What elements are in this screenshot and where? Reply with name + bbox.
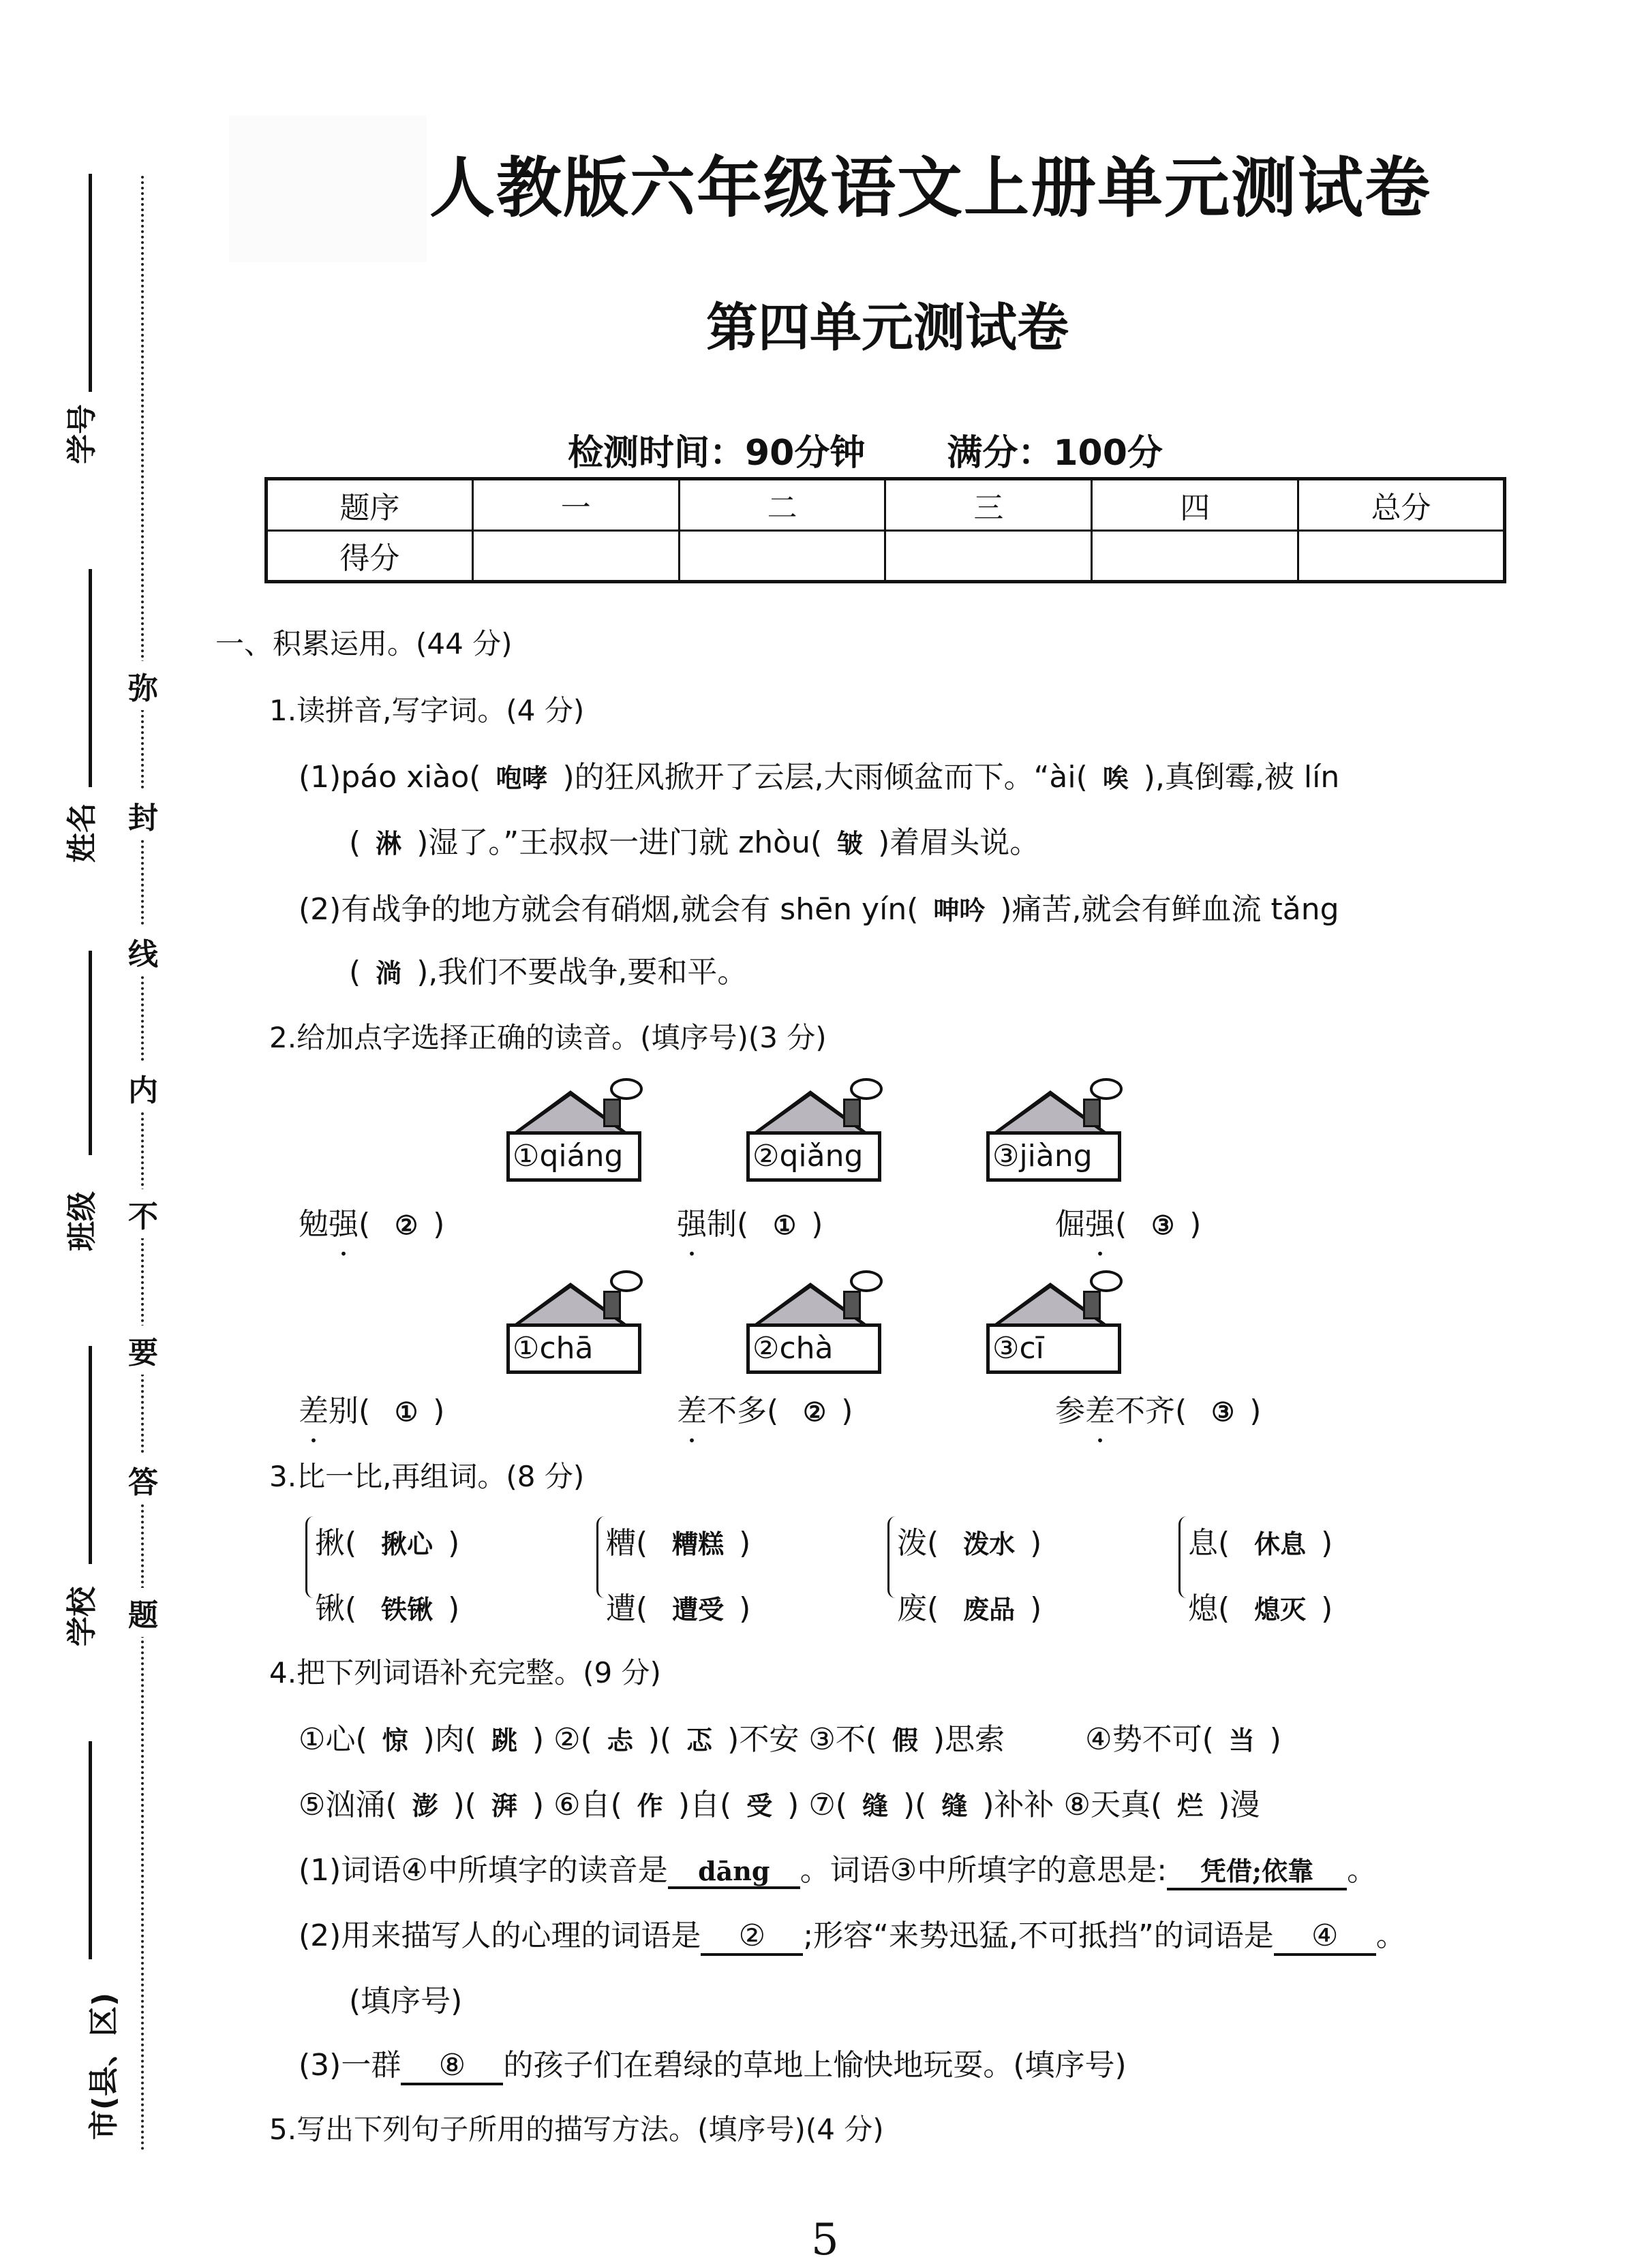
pinyin-option: ①qiáng [506,1131,641,1182]
exam-full-score: 满分：100分 [947,433,1163,474]
text: 熄 [1188,1591,1218,1626]
q2-word: 勉强( ②) [299,1199,444,1243]
dotted-char: 差 [1085,1394,1115,1428]
pinyin-house: ③cī [982,1276,1118,1371]
answer[interactable]: ① [380,1396,433,1427]
text: ;形容“来势迅猛,不可抵挡”的词语是 [803,1918,1273,1953]
text: ⑥自( [553,1788,622,1822]
text: )的狂风掀开了云层,大雨倾盆而下。“ài( [562,760,1087,795]
pinyin-option: ③jiàng [986,1131,1121,1182]
question-5-label: 5.写出下列句子所用的描写方法。(填序号)(4 分) [269,2107,884,2148]
answer[interactable]: 淌 [361,957,416,988]
dotted-char: 差 [677,1394,707,1428]
text: )补补 [982,1788,1054,1822]
text: 揪 [315,1526,345,1561]
q4-row1: ①心(惊)肉(跳) ②(忐)(忑)不安 ③不(假)思索 ④势不可(当) [299,1715,1281,1758]
q3-item: 泼( 泼水) [897,1518,1041,1562]
answer[interactable]: 咆哮 [481,763,562,793]
seal-char: 内 [128,1063,158,1112]
answer[interactable]: 受 [731,1790,787,1821]
text: 遭 [606,1591,636,1626]
answer[interactable]: 揪心 [366,1529,448,1559]
score-cell: 一 [472,479,679,531]
question-2-label: 2.给加点字选择正确的读音。(填序号)(3 分) [269,1015,827,1056]
text: 息 [1188,1526,1218,1561]
seal-char: 封 [128,791,158,840]
answer[interactable]: 忐 [592,1725,648,1756]
q2-word: 参差不齐( ③) [1055,1386,1261,1430]
pinyin-option: ①chā [506,1323,641,1374]
chimney-icon [843,1099,861,1127]
dotted-char: 强 [1085,1207,1115,1242]
answer-blank[interactable]: dāng [668,1856,800,1889]
answer[interactable]: 休息 [1239,1529,1321,1559]
q2-word: 差不多( ②) [677,1386,853,1430]
pinyin-option: ②chà [746,1323,881,1374]
chimney-icon [843,1291,861,1319]
answer[interactable]: 遭受 [657,1594,739,1625]
text: )着眉头说。 [878,825,1039,860]
text: ④势不可( [1085,1722,1214,1757]
text: 倔 [1055,1207,1085,1242]
answer-blank[interactable]: 凭借;依靠 [1167,1850,1347,1890]
answer[interactable]: 铁锹 [366,1594,448,1625]
text: 锹 [315,1591,345,1626]
score-table-header-row: 题序 一 二 三 四 总分 [267,479,1505,531]
text: (1)词语④中所填字的读音是 [299,1853,668,1888]
seal-char: 答 [128,1455,158,1504]
scan-artifact [229,116,427,262]
pinyin-house: ②qiǎng [742,1084,879,1179]
score-input-cell[interactable] [679,530,885,582]
margin-label-xuexiao: 学校 [57,1587,101,1646]
score-cell: 三 [885,479,1092,531]
question-4-label: 4.把下列词语补充完整。(9 分) [269,1651,661,1691]
margin-line-shixian [89,1741,92,1959]
text: )不安 [727,1722,799,1757]
margin-label-xingming: 姓名 [57,803,101,863]
text: ①心( [299,1722,367,1757]
text: )湿了。”王叔叔一进门就 zhòu( [416,825,822,860]
pinyin-house: ②chà [742,1276,879,1371]
score-cell: 总分 [1298,479,1505,531]
text: ),我们不要战争,要和平。 [416,955,747,990]
text: (1)páo xiào( [299,760,481,795]
q2-word: 差别( ①) [299,1386,444,1430]
seal-char: 题 [128,1588,158,1637]
margin-line-xuexiao [89,1346,92,1564]
margin-label-xuehao: 学号 [57,404,101,464]
pinyin-option: ②qiǎng [746,1131,881,1182]
text: 制 [707,1207,737,1242]
question-1-label: 1.读拼音,写字词。(4 分) [269,688,584,729]
answer[interactable]: 缝 [847,1790,903,1821]
pinyin-house: ①chā [502,1276,639,1371]
dotted-char: 强 [677,1207,707,1242]
q2-word: 倔强( ③) [1055,1199,1201,1243]
page-title: 人教版六年级语文上册单元测试卷 [429,136,1431,230]
answer-blank[interactable]: ⑧ [401,2048,503,2085]
score-table-score-row: 得分 [267,530,1505,582]
answer-blank[interactable]: ② [701,1918,803,1956]
score-input-cell[interactable] [1298,530,1505,582]
q3-item: 遭( 遭受) [606,1584,750,1627]
dotted-char: 强 [329,1207,359,1242]
q3-item: 锹( 铁锹) [315,1584,459,1627]
section-heading: 一、积累运用。(44 分) [215,622,513,662]
answer[interactable]: 澎 [397,1790,453,1821]
q1-part2-line2: (淌),我们不要战争,要和平。 [349,947,747,991]
text: )漫 [1218,1788,1260,1822]
seal-char: 线 [128,927,158,976]
text: ( [349,825,361,860]
text: (3)一群 [299,2048,401,2083]
answer[interactable]: 糟糕 [657,1529,739,1559]
score-input-cell[interactable] [885,530,1092,582]
q1-part1-line2: (淋)湿了。”王叔叔一进门就 zhòu(皱)着眉头说。 [349,818,1039,861]
answer[interactable]: 泼水 [948,1529,1030,1559]
q1-part2-line1: (2)有战争的地方就会有硝烟,就会有 shēn yín(呻吟)痛苦,就会有鲜血流… [299,885,1339,928]
q4-sub2-note: (填序号) [349,1976,462,2020]
chimney-icon [1083,1291,1101,1319]
score-table: 题序 一 二 三 四 总分 得分 [264,477,1506,583]
text: )痛苦,就会有鲜血流 tǎng [1000,892,1339,927]
answer[interactable]: ② [380,1210,433,1240]
text: )( [903,1788,926,1822]
answer[interactable]: ③ [1136,1210,1189,1240]
score-input-cell[interactable] [1092,530,1298,582]
text: )自( [678,1788,731,1822]
text: ⑤汹涌( [299,1788,397,1822]
text: (2)有战争的地方就会有硝烟,就会有 shēn yín( [299,892,918,927]
chimney-icon [603,1099,621,1127]
text: 糟 [606,1526,636,1561]
q3-item: 糟( 糟糕) [606,1518,750,1562]
answer[interactable]: 当 [1214,1725,1270,1756]
text: 不多 [707,1394,767,1428]
answer[interactable]: 唉 [1088,763,1144,793]
score-input-cell[interactable] [472,530,679,582]
q1-part1-line1: (1)páo xiào(咆哮)的狂风掀开了云层,大雨倾盆而下。“ài(唉),真倒… [299,752,1339,796]
text: ) [787,1788,799,1822]
score-cell: 二 [679,479,885,531]
text: 参 [1055,1394,1085,1428]
score-cell: 得分 [267,530,473,582]
text: 。 [1376,1918,1406,1953]
answer[interactable]: 惊 [367,1725,423,1756]
answer[interactable]: 呻吟 [918,895,1000,925]
seal-dashed-line [141,176,144,2152]
text: )( [453,1788,476,1822]
q3-item: 废( 废品) [897,1584,1041,1627]
text: 不齐 [1115,1394,1175,1428]
text: 泼 [897,1526,927,1561]
dotted-char: 差 [299,1394,329,1428]
text: ②( [553,1722,592,1757]
text: ③不( [808,1722,877,1757]
answer[interactable]: 作 [622,1790,678,1821]
text: (2)用来描写人的心理的词语是 [299,1918,701,1953]
text: 的孩子们在碧绿的草地上愉快地玩耍。(填序号) [503,2048,1126,2083]
unit-title: 第四单元测试卷 [0,286,1644,361]
pinyin-option: ③cī [986,1323,1121,1374]
answer[interactable]: 湃 [476,1790,532,1821]
answer[interactable]: 跳 [476,1725,532,1756]
pinyin-house: ③jiàng [982,1084,1118,1179]
seal-char: 要 [128,1325,158,1375]
q4-sub2: (2)用来描写人的心理的词语是②;形容“来势迅猛,不可抵挡”的词语是④。 [299,1911,1406,1956]
seal-char: 不 [128,1189,158,1238]
answer[interactable]: 皱 [822,828,878,859]
text: 别 [329,1394,359,1428]
page-number: 5 [811,2215,839,2265]
answer[interactable]: ③ [1196,1396,1249,1427]
text: ⑦( [808,1788,847,1822]
answer[interactable]: 忑 [671,1725,727,1756]
text: )( [648,1722,671,1757]
margin-label-banji: 班级 [57,1191,101,1251]
text: ),真倒霉,被 lín [1144,760,1339,795]
q4-sub1: (1)词语④中所填字的读音是dāng。词语③中所填字的意思是:凭借;依靠。 [299,1845,1377,1890]
exam-time: 检测时间：90分钟 [568,433,865,474]
text: ( [349,955,361,990]
text: )肉( [423,1722,476,1757]
q3-item: 揪( 揪心) [315,1518,459,1562]
chimney-icon [603,1291,621,1319]
text: ⑧天真( [1064,1788,1163,1822]
q2-word: 强制( ①) [677,1199,823,1243]
score-cell: 题序 [267,479,473,531]
q3-item: 熄( 熄灭) [1188,1584,1333,1627]
q4-row2: ⑤汹涌(澎)(湃) ⑥自(作)自(受) ⑦(缝)(缝)补补 ⑧天真(烂)漫 [299,1780,1260,1824]
exam-meta: 检测时间：90分钟满分：100分 [568,424,1245,475]
answer[interactable]: ① [758,1210,811,1240]
chimney-icon [1083,1099,1101,1127]
answer-blank[interactable]: ④ [1274,1918,1376,1956]
answer[interactable]: ② [788,1396,841,1427]
margin-line-xingming [89,569,92,787]
text: 勉 [299,1207,329,1242]
text: ) [1270,1722,1281,1757]
answer[interactable]: 淋 [361,828,416,859]
margin-line-banji [89,951,92,1155]
text: )思索 [933,1722,1005,1757]
answer[interactable]: 熄灭 [1239,1594,1321,1625]
pinyin-house: ①qiáng [502,1084,639,1179]
q3-item: 息( 休息) [1188,1518,1333,1562]
text: ) [532,1788,544,1822]
text: ) [532,1722,544,1757]
seal-char: 弥 [128,661,158,710]
answer[interactable]: 假 [877,1725,933,1756]
margin-label-shixian: 市(县、区) [79,1993,123,2140]
answer[interactable]: 缝 [926,1790,982,1821]
score-cell: 四 [1092,479,1298,531]
answer[interactable]: 烂 [1162,1790,1218,1821]
answer[interactable]: 废品 [948,1594,1030,1625]
q4-sub3: (3)一群⑧的孩子们在碧绿的草地上愉快地玩耍。(填序号) [299,2040,1127,2085]
text: 。词语③中所填字的意思是: [800,1853,1167,1888]
question-3-label: 3.比一比,再组词。(8 分) [269,1454,584,1495]
text: 。 [1347,1853,1377,1888]
text: 废 [897,1591,927,1626]
